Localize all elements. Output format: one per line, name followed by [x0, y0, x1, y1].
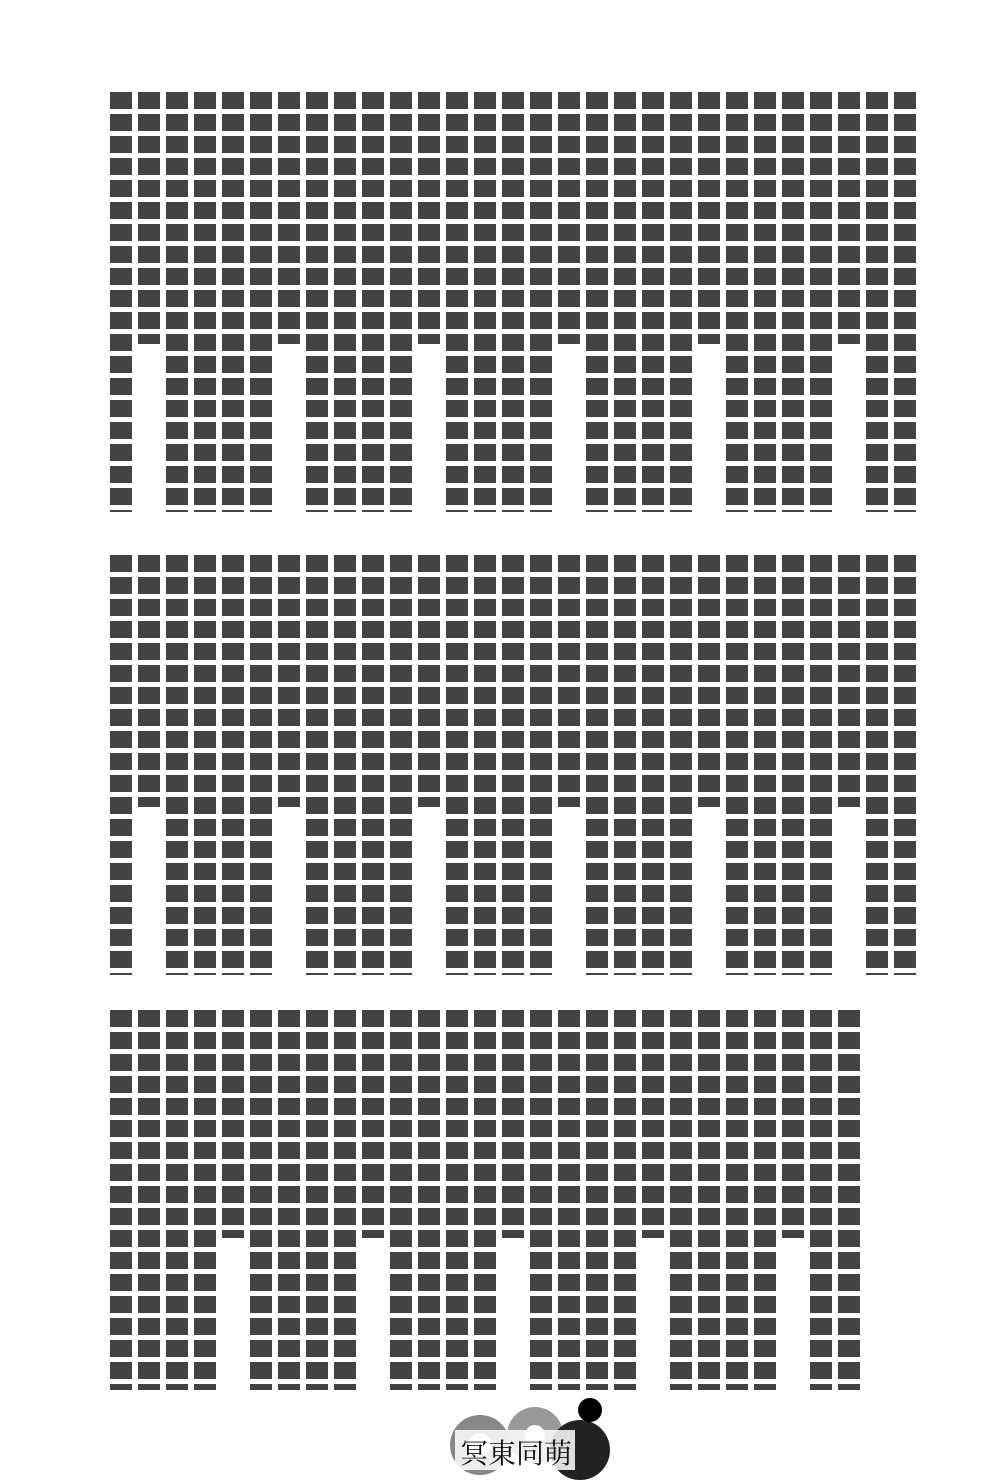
text-column: [446, 1010, 468, 1390]
text-column: [446, 555, 468, 975]
text-column: [110, 1010, 132, 1390]
text-column: [222, 555, 244, 975]
text-column: [810, 1010, 832, 1390]
text-column: [278, 555, 300, 807]
text-column: [670, 92, 692, 512]
text-column: [642, 92, 664, 512]
text-column: [838, 555, 860, 807]
text-column: [278, 92, 300, 344]
text-column: [866, 555, 888, 975]
text-column: [838, 92, 860, 344]
text-column: [390, 1010, 412, 1390]
text-column: [670, 1010, 692, 1390]
text-column: [222, 92, 244, 512]
text-column: [614, 92, 636, 512]
text-column: [306, 1010, 328, 1390]
text-column: [782, 1010, 804, 1238]
text-column: [698, 92, 720, 344]
text-block-middle: [110, 555, 916, 975]
text-column: [362, 555, 384, 975]
text-block-bottom: [110, 1010, 860, 1390]
text-column: [894, 92, 916, 512]
text-column: [474, 1010, 496, 1390]
text-column: [586, 555, 608, 975]
text-column: [222, 1010, 244, 1238]
text-column: [138, 555, 160, 807]
text-column: [586, 92, 608, 512]
text-column: [250, 92, 272, 512]
svg-text:冥東同萌: 冥東同萌: [460, 1437, 572, 1470]
text-column: [166, 555, 188, 975]
text-column: [110, 555, 132, 975]
text-column: [558, 555, 580, 807]
text-column: [642, 555, 664, 975]
text-column: [894, 555, 916, 975]
text-column: [194, 555, 216, 975]
text-column: [754, 92, 776, 512]
text-column: [866, 92, 888, 512]
text-column: [138, 1010, 160, 1390]
text-column: [278, 1010, 300, 1390]
text-column: [306, 92, 328, 512]
text-column: [418, 1010, 440, 1390]
text-column: [670, 555, 692, 975]
text-column: [474, 555, 496, 975]
text-column: [166, 1010, 188, 1390]
text-column: [754, 1010, 776, 1390]
text-column: [250, 1010, 272, 1390]
text-column: [250, 555, 272, 975]
text-column: [642, 1010, 664, 1238]
text-column: [306, 555, 328, 975]
text-column: [334, 555, 356, 975]
text-column: [782, 555, 804, 975]
text-column: [334, 92, 356, 512]
text-column: [502, 1010, 524, 1238]
text-column: [418, 92, 440, 344]
text-column: [474, 92, 496, 512]
text-column: [614, 555, 636, 975]
text-column: [362, 92, 384, 512]
text-column: [698, 1010, 720, 1390]
text-column: [530, 92, 552, 512]
text-column: [530, 555, 552, 975]
text-column: [390, 555, 412, 975]
text-column: [614, 1010, 636, 1390]
text-column: [138, 92, 160, 344]
gear-cluster-icon: 冥東同萌: [440, 1395, 610, 1483]
group-logo: 冥東同萌: [440, 1395, 610, 1483]
text-column: [530, 1010, 552, 1390]
text-column: [390, 92, 412, 512]
text-column: [418, 555, 440, 807]
text-column: [166, 92, 188, 512]
text-column: [838, 1010, 860, 1390]
text-column: [334, 1010, 356, 1390]
text-column: [782, 92, 804, 512]
text-column: [810, 92, 832, 512]
text-column: [558, 1010, 580, 1390]
text-column: [726, 92, 748, 512]
text-column: [446, 92, 468, 512]
text-block-top: [110, 92, 916, 512]
text-column: [558, 92, 580, 344]
text-column: [754, 555, 776, 975]
text-column: [698, 555, 720, 807]
text-column: [502, 555, 524, 975]
text-column: [194, 1010, 216, 1390]
text-column: [194, 92, 216, 512]
text-column: [362, 1010, 384, 1238]
text-column: [586, 1010, 608, 1390]
text-column: [110, 92, 132, 512]
text-column: [726, 555, 748, 975]
text-column: [502, 92, 524, 512]
text-column: [810, 555, 832, 975]
text-column: [726, 1010, 748, 1390]
